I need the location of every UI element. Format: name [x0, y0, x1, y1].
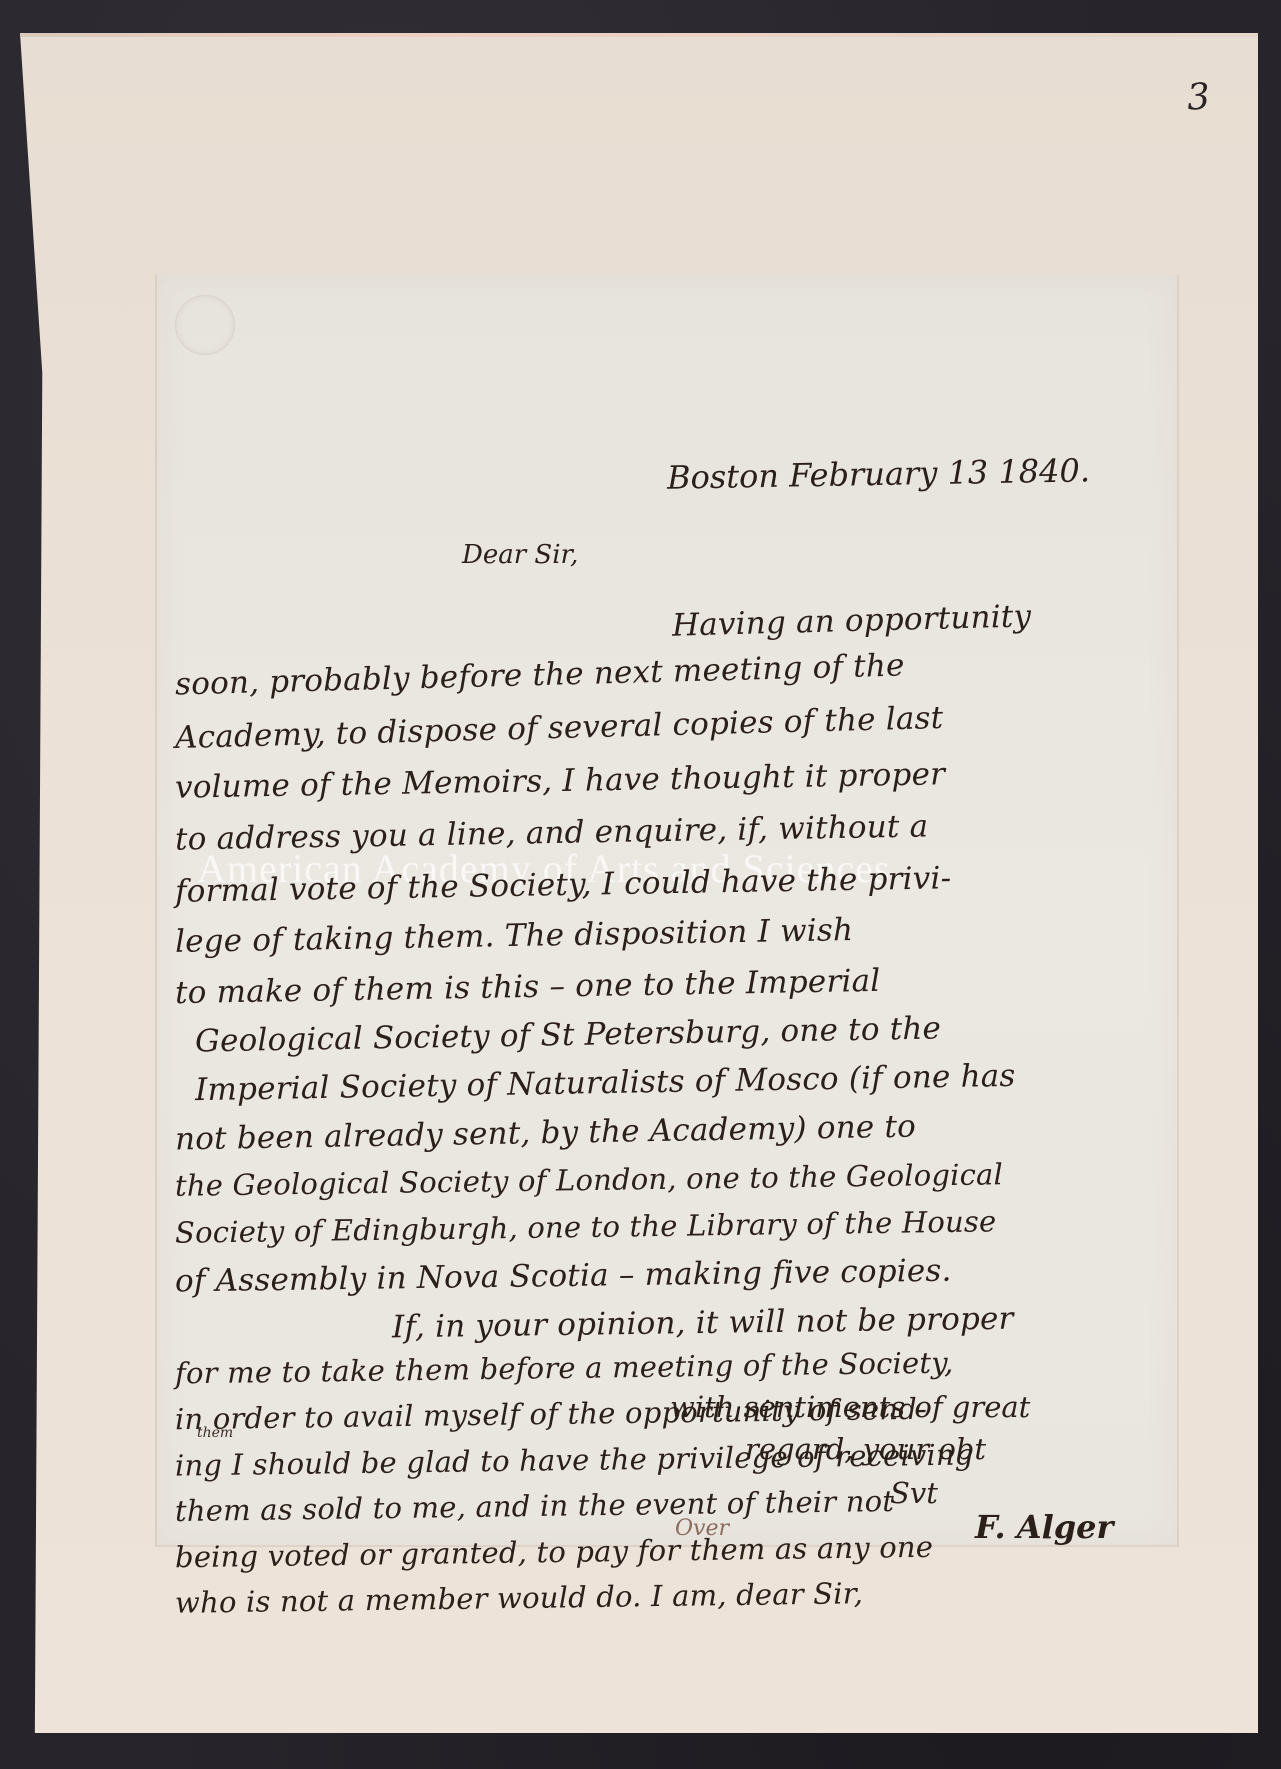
body-line: of Assembly in Nova Scotia – making five… — [175, 1253, 952, 1300]
body-line: to make of them is this – one to the Imp… — [175, 963, 881, 1011]
dateline: Boston February 13 1840. — [667, 451, 1091, 496]
body-line: not been already sent, by the Academy) o… — [175, 1109, 917, 1158]
body-line: formal vote of the Society, I could have… — [175, 860, 952, 910]
closing-line: Svt — [890, 1476, 938, 1510]
margin-note-over: Over — [675, 1516, 729, 1541]
interlinear-insert: them — [197, 1425, 233, 1441]
body-line: Geological Society of St Petersburg, one… — [195, 1010, 942, 1059]
signature: F. Alger — [975, 1508, 1113, 1546]
closing-line: with sentiments of great — [670, 1390, 1030, 1424]
body-line: the Geological Society of London, one to… — [175, 1157, 1003, 1203]
body-line: to address you a line, and enquire, if, … — [175, 808, 929, 857]
closing-line: regard, your obt — [745, 1432, 986, 1466]
body-line: lege of taking them. The disposition I w… — [175, 912, 854, 960]
body-line: Society of Edingburgh, one to the Librar… — [175, 1204, 997, 1249]
body-line: volume of the Memoirs, I have thought it… — [175, 756, 946, 805]
body-line: Academy, to dispose of several copies of… — [175, 700, 944, 756]
letter-sheet: American Academy of Arts and Sciences Bo… — [155, 275, 1179, 1547]
embossed-seal-icon — [175, 295, 235, 355]
body-line: Having an opportunity — [672, 598, 1032, 643]
body-line: Imperial Society of Naturalists of Mosco… — [195, 1058, 1016, 1108]
body-line: them as sold to me, and in the event of … — [175, 1484, 895, 1528]
salutation: Dear Sir, — [462, 540, 578, 570]
body-line: If, in your opinion, it will not be prop… — [392, 1301, 1014, 1346]
body-line: soon, probably before the next meeting o… — [175, 647, 905, 702]
page-number: 3 — [1186, 76, 1212, 118]
body-line: for me to take them before a meeting of … — [175, 1346, 954, 1391]
